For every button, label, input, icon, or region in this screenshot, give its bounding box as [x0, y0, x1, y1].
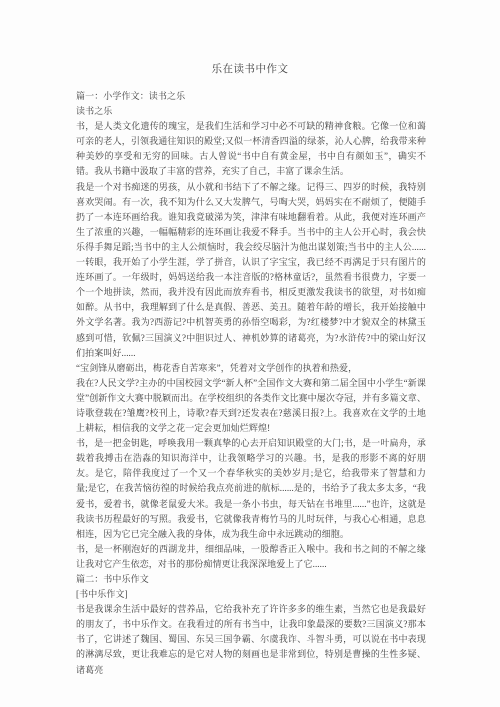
essay-subtitle: 读书之乐 [76, 104, 426, 119]
paragraph: 书，是一杯刚泡好的西湖龙井，细细品味，一股醇香正入喉中。我和书之间的不解之缘让我… [76, 542, 426, 572]
section-heading-part1: 篇一：小学作文：读书之乐 [76, 89, 426, 104]
document-body: 篇一：小学作文：读书之乐 读书之乐 书，是人类文化遗传的瑰宝，是我们生活和学习中… [76, 89, 426, 678]
paragraph: 书，是人类文化遗传的瑰宝，是我们生活和学习中必不可缺的精神食粮。它像一位和蔼可亲… [76, 119, 426, 179]
paragraph: “宝剑锋从磨砺出，梅花香自苦寒来”，凭着对文学创作的执着和热爱， [76, 361, 426, 376]
paragraph: 书是我课余生活中最好的营养品，它给我补充了许许多多的维生素，当然它也是我最好的朋… [76, 602, 426, 677]
paragraph: 书，是一把金钥匙，呼唤我用一颗真挚的心去开启知识殿堂的大门;书，是一叶扁舟，承载… [76, 436, 426, 542]
document-title: 乐在读书中作文 [0, 63, 500, 77]
section-heading-part2: 篇二：书中乐作文 [76, 572, 426, 587]
paragraph: 我在?人民文学?主办的中国校园文学“新人杯”全国作文大赛和第二届全国中小学生“新… [76, 376, 426, 436]
essay-subtitle-2: [书中乐作文] [76, 587, 426, 602]
paragraph: 我是一个对书痴迷的男孩，从小就和书结下了不解之缘。记得三、四岁的时候，我特别喜欢… [76, 180, 426, 361]
document-page: 乐在读书中作文 篇一：小学作文：读书之乐 读书之乐 书，是人类文化遗传的瑰宝，是… [0, 0, 500, 707]
